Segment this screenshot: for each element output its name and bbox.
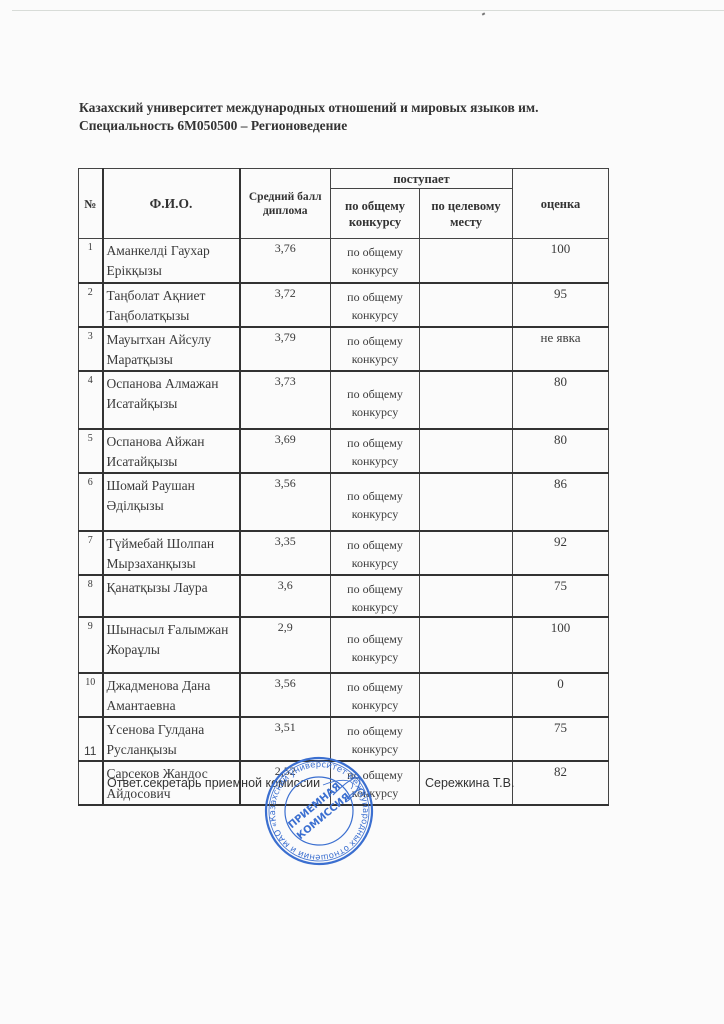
student-name: Үсенова Гулдана Русланқызы [103, 717, 240, 761]
diploma-average: 3,73 [240, 371, 331, 429]
diploma-average: 3,51 [240, 717, 331, 761]
results-table: № Ф.И.О. Средний балл диплома поступает … [78, 168, 609, 806]
row-number: 11 [79, 717, 103, 761]
page-edge-line [12, 10, 724, 11]
row-number: 9 [79, 617, 103, 673]
diploma-average: 3,56 [240, 673, 331, 717]
student-name: Таңболат Ақниет Таңболатқызы [103, 283, 240, 327]
student-name: Оспанова Алмажан Исатайқызы [103, 371, 240, 429]
general-competition: по общему конкурсу [331, 371, 420, 429]
target-place [420, 283, 513, 327]
row-number: 2 [79, 283, 103, 327]
table-row: 9Шынасыл Ғалымжан Жораұлы2,9по общему ко… [79, 617, 609, 673]
diploma-average: 3,76 [240, 239, 331, 283]
student-name: Түймебай Шолпан Мырзаханқызы [103, 531, 240, 575]
row-number: 6 [79, 473, 103, 531]
scan-speck [482, 12, 486, 15]
target-place [420, 717, 513, 761]
col-header-avg: Средний балл диплома [240, 169, 331, 239]
general-competition: по общему конкурсу [331, 429, 420, 473]
diploma-average: 3,72 [240, 283, 331, 327]
target-place [420, 239, 513, 283]
row-number: 5 [79, 429, 103, 473]
student-name: Аманкелді Гаухар Ерікқызы [103, 239, 240, 283]
general-competition: по общему конкурсу [331, 327, 420, 371]
general-competition: по общему конкурсу [331, 575, 420, 617]
row-number: 8 [79, 575, 103, 617]
diploma-average: 3,6 [240, 575, 331, 617]
exam-grade: 86 [513, 473, 609, 531]
table-row: 1Аманкелді Гаухар Ерікқызы3,76по общему … [79, 239, 609, 283]
row-number [79, 761, 103, 805]
general-competition: по общему конкурсу [331, 239, 420, 283]
general-competition: по общему конкурсу [331, 283, 420, 327]
exam-grade: 75 [513, 717, 609, 761]
col-header-name: Ф.И.О. [103, 169, 240, 239]
student-name: Мауытхан Айсулу Маратқызы [103, 327, 240, 371]
target-place [420, 371, 513, 429]
row-number: 3 [79, 327, 103, 371]
diploma-average: 2,9 [240, 617, 331, 673]
exam-grade: 92 [513, 531, 609, 575]
row-number: 7 [79, 531, 103, 575]
exam-grade: 95 [513, 283, 609, 327]
table-row: 4Оспанова Алмажан Исатайқызы3,73по общем… [79, 371, 609, 429]
signer-name: Сережкина Т.В. [425, 776, 514, 790]
target-place [420, 531, 513, 575]
document-heading: Казахский университет международных отно… [79, 99, 538, 135]
general-competition: по общему конкурсу [331, 717, 420, 761]
general-competition: по общему конкурсу [331, 617, 420, 673]
exam-grade: 0 [513, 673, 609, 717]
row-number: 1 [79, 239, 103, 283]
table-row: 10Джадменова Дана Амантаевна3,56по общем… [79, 673, 609, 717]
specialty-title: Специальность 6М050500 – Регионоведение [79, 117, 538, 135]
row-number: 4 [79, 371, 103, 429]
target-place [420, 617, 513, 673]
admission-committee-stamp: АО «Казахский университет международных … [263, 755, 375, 867]
exam-grade: 82 [513, 761, 609, 805]
target-place [420, 673, 513, 717]
exam-grade: 100 [513, 617, 609, 673]
stamp-outer-text: АО «Казахский университет международных … [263, 755, 375, 867]
exam-grade: не явка [513, 327, 609, 371]
student-name: Шомай Раушан Әділқызы [103, 473, 240, 531]
table-row: 7Түймебай Шолпан Мырзаханқызы3,35по обще… [79, 531, 609, 575]
diploma-average: 3,35 [240, 531, 331, 575]
diploma-average: 3,69 [240, 429, 331, 473]
col-header-grade: оценка [513, 169, 609, 239]
target-place [420, 327, 513, 371]
col-header-no: № [79, 169, 103, 239]
diploma-average: 3,56 [240, 473, 331, 531]
col-header-admits: поступает [331, 169, 513, 189]
table-row: 11Үсенова Гулдана Русланқызы3,51по общем… [79, 717, 609, 761]
target-place [420, 429, 513, 473]
table-row: 6Шомай Раушан Әділқызы3,56по общему конк… [79, 473, 609, 531]
exam-grade: 100 [513, 239, 609, 283]
exam-grade: 80 [513, 429, 609, 473]
table-row: 2Таңболат Ақниет Таңболатқызы3,72по обще… [79, 283, 609, 327]
col-header-target: по целевому месту [420, 189, 513, 239]
table-row: 8Қанатқызы Лаура3,6по общему конкурсу75 [79, 575, 609, 617]
diploma-average: 3,79 [240, 327, 331, 371]
general-competition: по общему конкурсу [331, 473, 420, 531]
row-number: 10 [79, 673, 103, 717]
exam-grade: 80 [513, 371, 609, 429]
exam-grade: 75 [513, 575, 609, 617]
general-competition: по общему конкурсу [331, 673, 420, 717]
target-place [420, 473, 513, 531]
university-title: Казахский университет международных отно… [79, 99, 538, 117]
student-name: Қанатқызы Лаура [103, 575, 240, 617]
student-name: Джадменова Дана Амантаевна [103, 673, 240, 717]
table-row: 5Оспанова Айжан Исатайқызы3,69по общему … [79, 429, 609, 473]
col-header-general: по общему конкурсу [331, 189, 420, 239]
student-name: Шынасыл Ғалымжан Жораұлы [103, 617, 240, 673]
student-name: Оспанова Айжан Исатайқызы [103, 429, 240, 473]
table-row: 3Мауытхан Айсулу Маратқызы3,79по общему … [79, 327, 609, 371]
target-place [420, 575, 513, 617]
general-competition: по общему конкурсу [331, 531, 420, 575]
